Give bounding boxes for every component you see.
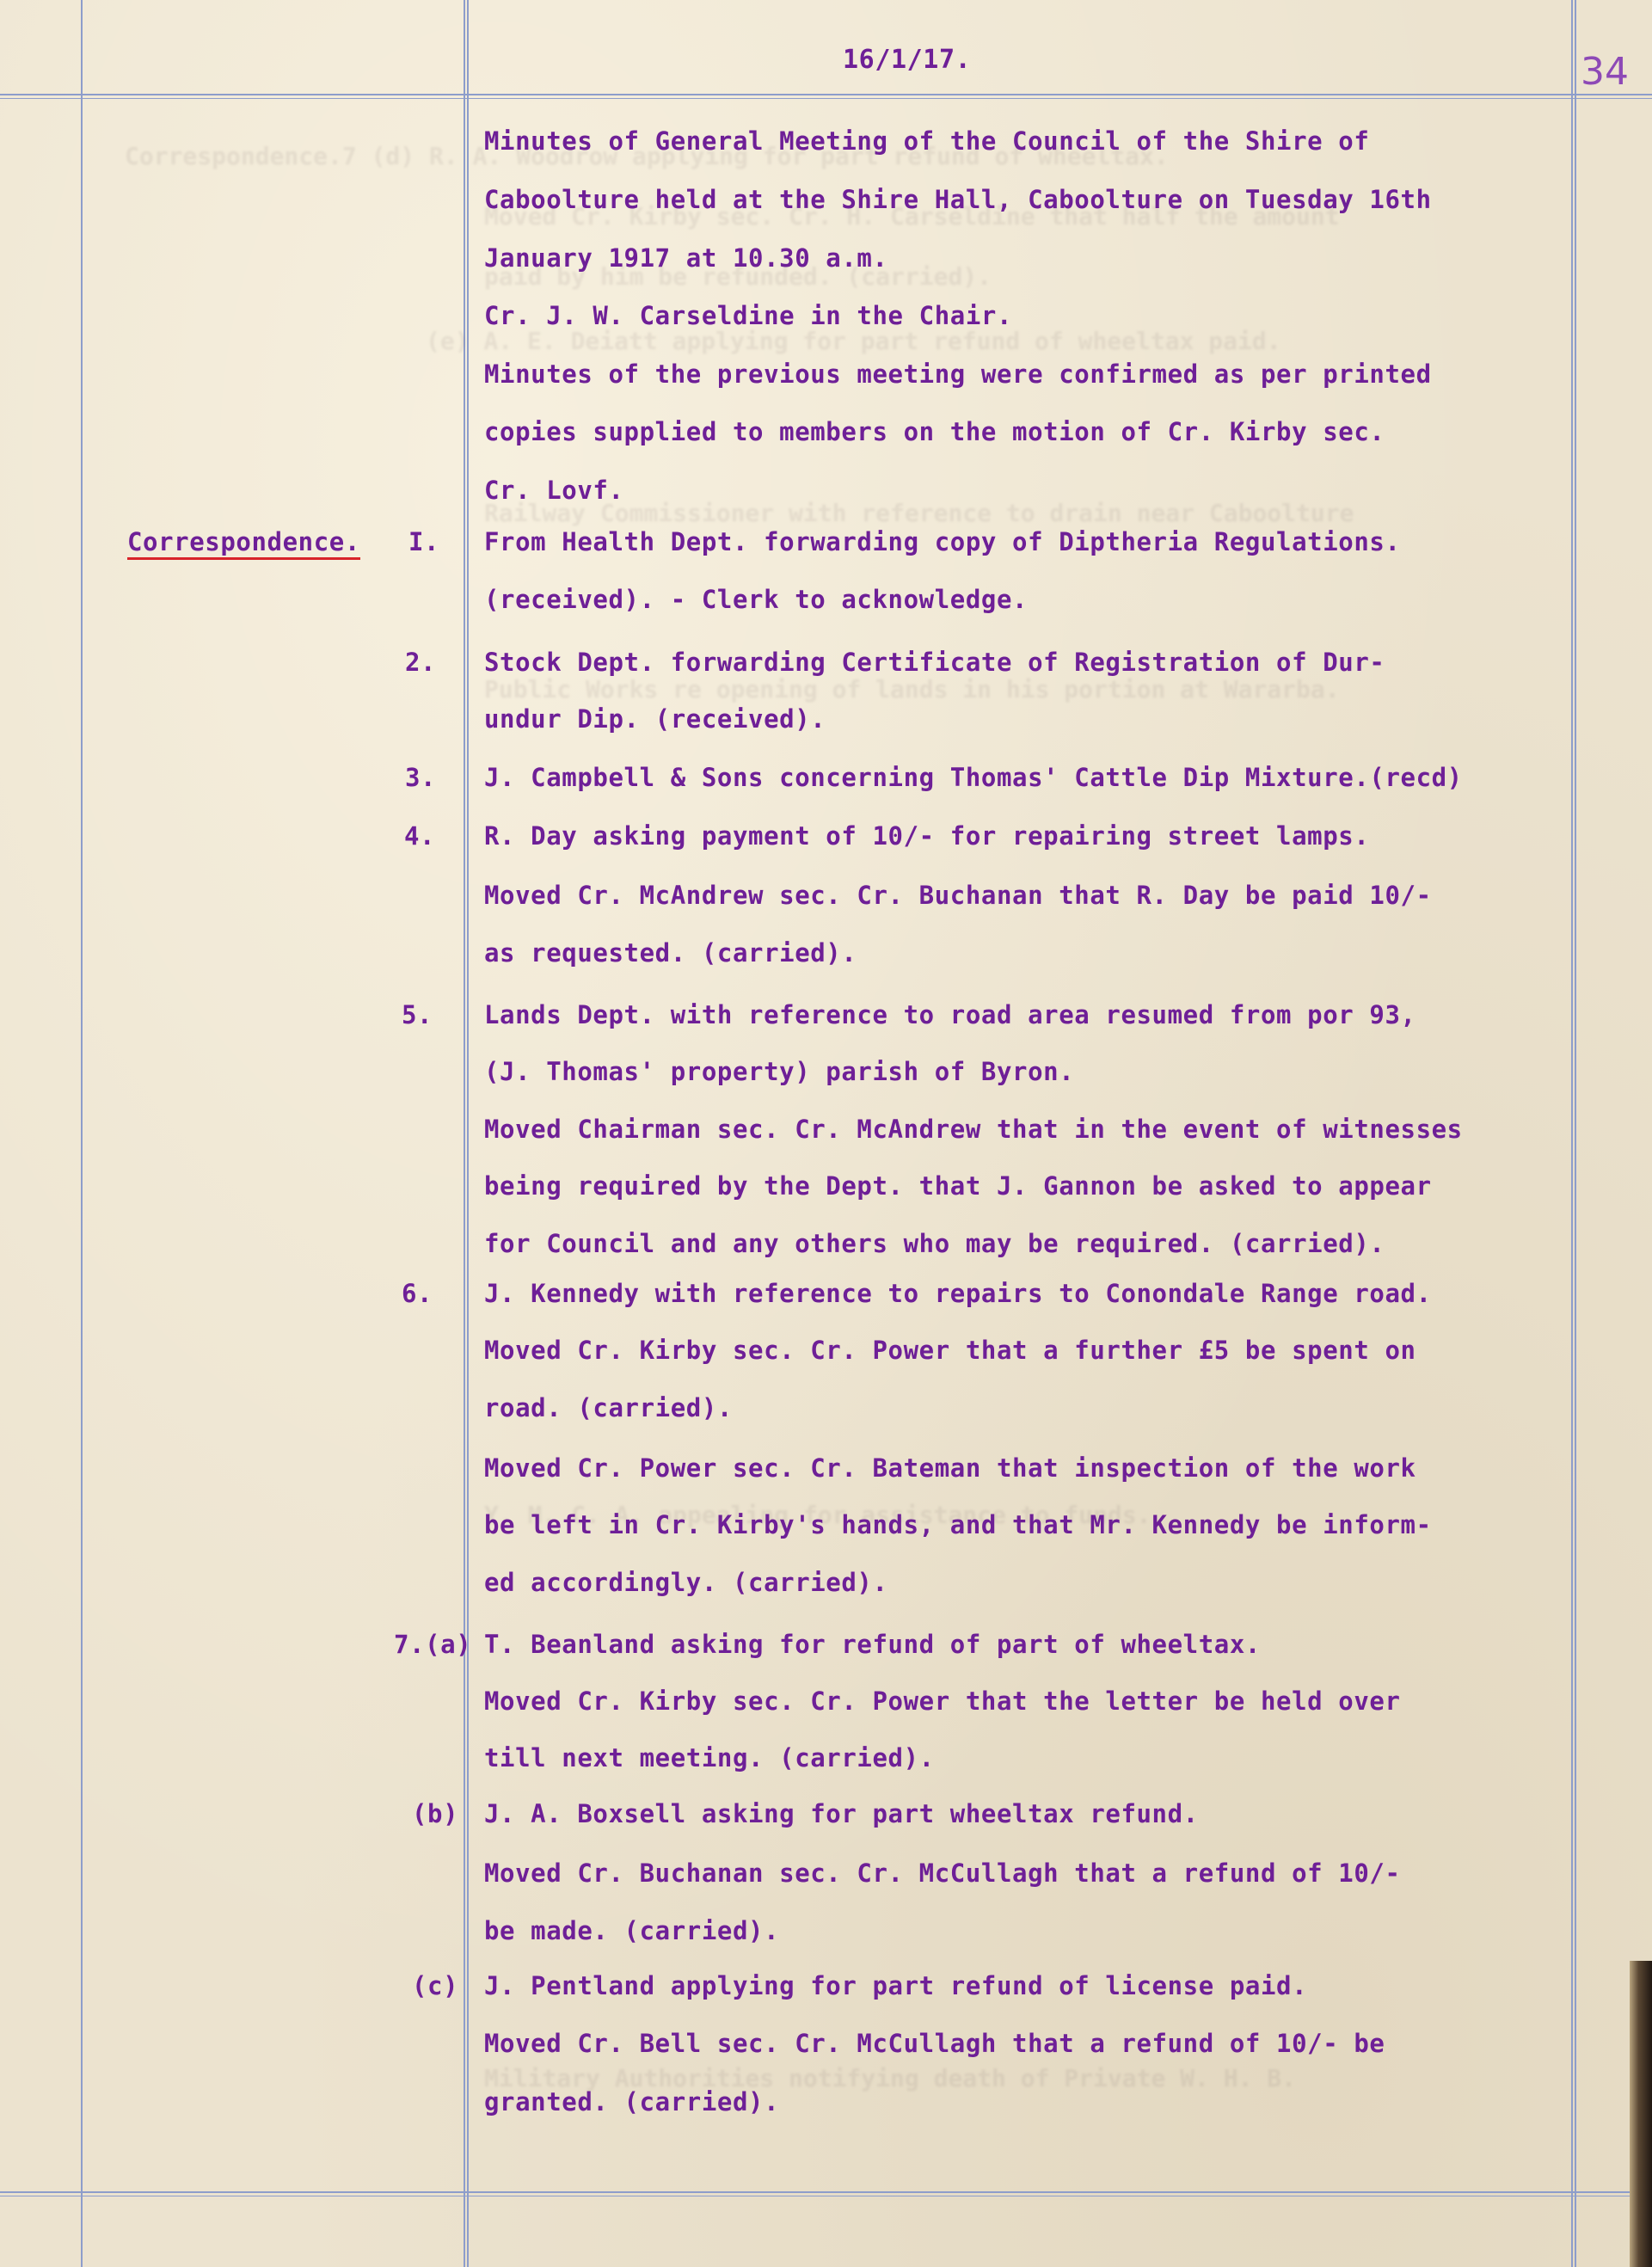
minutes-line: T. Beanland asking for refund of part of… [484, 1630, 1261, 1659]
item-number: 3. [405, 763, 436, 792]
minutes-line: Caboolture held at the Shire Hall, Caboo… [484, 185, 1432, 214]
minutes-line: Stock Dept. forwarding Certificate of Re… [484, 648, 1385, 677]
section-heading-label: Correspondence. [127, 527, 360, 560]
minutes-line: Minutes of the previous meeting were con… [484, 359, 1432, 389]
minutes-line: granted. (carried). [484, 2087, 779, 2116]
minutes-line: From Health Dept. forwarding copy of Dip… [484, 527, 1401, 556]
minutes-line: copies supplied to members on the motion… [484, 417, 1385, 446]
minutes-line: Moved Chairman sec. Cr. McAndrew that in… [484, 1115, 1463, 1144]
page-number: 34 [1581, 50, 1629, 94]
minutes-line: J. A. Boxsell asking for part wheeltax r… [484, 1799, 1199, 1828]
minutes-line: Moved Cr. McAndrew sec. Cr. Buchanan tha… [484, 881, 1432, 910]
minutes-line: Moved Cr. Bell sec. Cr. McCullagh that a… [484, 2029, 1385, 2058]
minutes-line: R. Day asking payment of 10/- for repair… [484, 821, 1369, 851]
minutes-line: ed accordingly. (carried). [484, 1568, 888, 1597]
minutes-line: Moved Cr. Kirby sec. Cr. Power that the … [484, 1686, 1401, 1716]
minutes-line: January 1917 at 10.30 a.m. [484, 243, 888, 273]
minutes-line: Moved Cr. Buchanan sec. Cr. McCullagh th… [484, 1858, 1401, 1888]
minutes-line: J. Kennedy with reference to repairs to … [484, 1279, 1432, 1308]
show-through-line: (e) A. E. Deiatt applying for part refun… [426, 327, 1281, 355]
minutes-line: Minutes of General Meeting of the Counci… [484, 126, 1369, 156]
minutes-line: J. Pentland applying for part refund of … [484, 1971, 1307, 2000]
item-number: I. [408, 527, 439, 556]
book-binding-edge [1630, 1961, 1652, 2267]
item-number: (c) [412, 1971, 458, 2000]
footer-rule [0, 2191, 1652, 2197]
minutes-line: Cr. J. W. Carseldine in the Chair. [484, 301, 1012, 330]
minutes-line: being required by the Dept. that J. Gann… [484, 1171, 1432, 1201]
item-number: 5. [402, 1000, 433, 1029]
header-rule [0, 94, 1652, 100]
minutes-line: (J. Thomas' property) parish of Byron. [484, 1057, 1074, 1086]
minutes-line: Moved Cr. Power sec. Cr. Bateman that in… [484, 1453, 1416, 1483]
item-number: 7.(a) [394, 1630, 471, 1659]
minutes-line: till next meeting. (carried). [484, 1743, 935, 1772]
minutes-line: (received). - Clerk to acknowledge. [484, 585, 1028, 614]
minutes-line: be left in Cr. Kirby's hands, and that M… [484, 1510, 1432, 1539]
minutes-line: road. (carried). [484, 1393, 733, 1422]
minutes-line: Moved Cr. Kirby sec. Cr. Power that a fu… [484, 1336, 1416, 1365]
minutes-line: Cr. Lovf. [484, 476, 624, 505]
minutes-line: undur Dip. (received). [484, 704, 826, 734]
left-margin-rule [81, 0, 86, 2267]
minutes-line: J. Campbell & Sons concerning Thomas' Ca… [484, 763, 1463, 792]
minutes-line: be made. (carried). [484, 1916, 779, 1945]
item-number: 4. [404, 821, 435, 851]
item-number: 6. [402, 1279, 433, 1308]
item-number: (b) [412, 1799, 458, 1828]
right-column-rule [1571, 0, 1576, 2267]
item-number: 2. [405, 648, 436, 677]
minutes-line: as requested. (carried). [484, 938, 857, 968]
date-header: 16/1/17. [843, 45, 971, 75]
show-through-line: Public Works re opening of lands in his … [484, 675, 1340, 703]
minutes-line: Lands Dept. with reference to road area … [484, 1000, 1416, 1029]
minutes-line: for Council and any others who may be re… [484, 1229, 1385, 1258]
section-heading-correspondence: Correspondence. [127, 527, 360, 556]
